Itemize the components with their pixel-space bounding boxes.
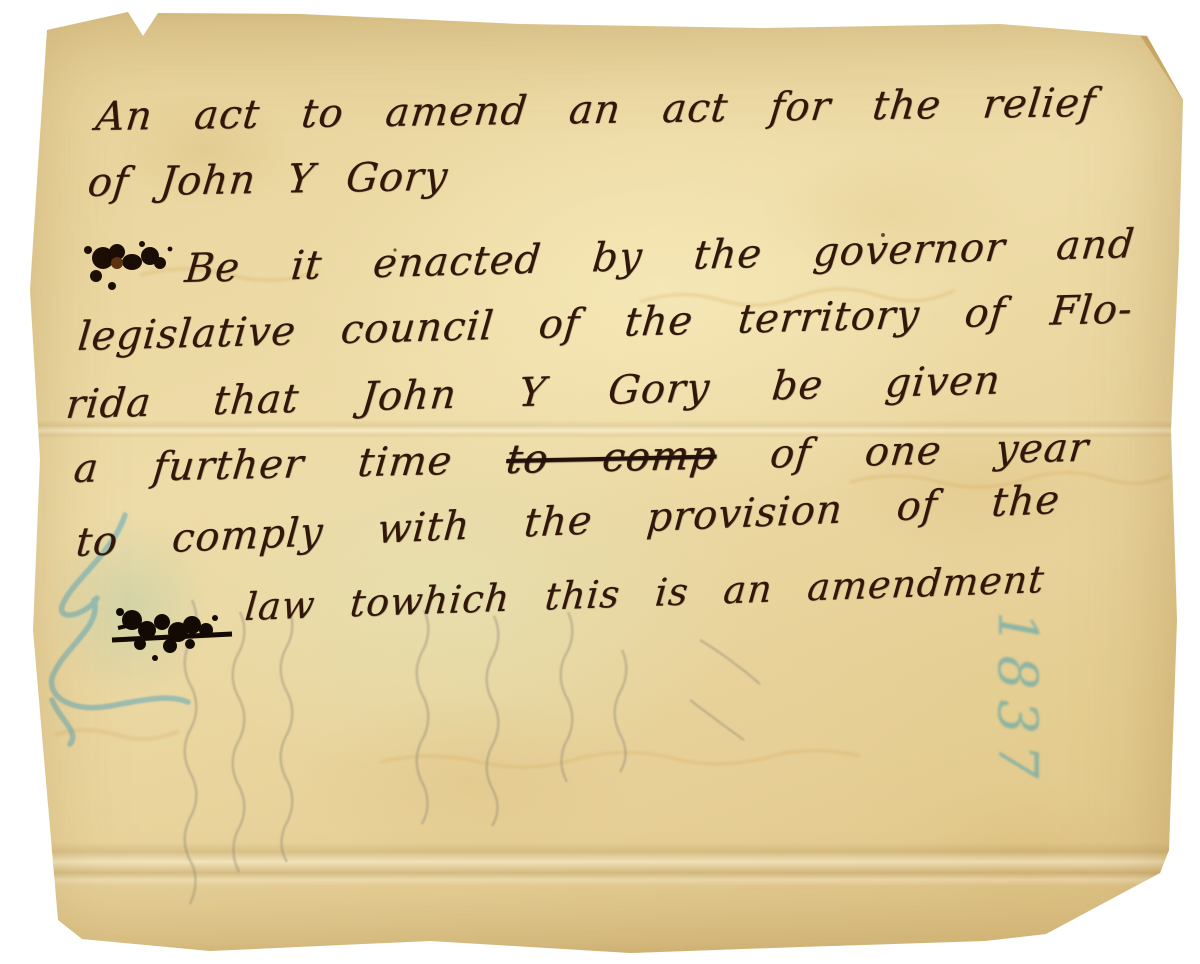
- bleedthrough-column-4: [417, 610, 429, 824]
- line-4-pre: a further time: [72, 438, 455, 492]
- ink-blot-2: [112, 608, 232, 661]
- struck-out-words: to comp: [504, 432, 719, 483]
- ink-blot-1: [84, 241, 172, 290]
- bleedthrough-tan-3: [380, 750, 860, 767]
- blue-pencil-number: 1837: [986, 592, 1049, 807]
- paper-sheet: An act to amend an act for the relief of…: [0, 0, 1200, 964]
- bleedthrough-diagonal: [690, 640, 760, 740]
- bleedthrough-column-6: [561, 612, 573, 782]
- line-4-post: of one year: [768, 425, 1091, 478]
- manuscript-line-title-2: of John Y Gory: [86, 154, 451, 206]
- document-scan: An act to amend an act for the relief of…: [0, 0, 1200, 964]
- bleedthrough-column-3: [281, 606, 293, 862]
- bleedthrough-column-2: [233, 612, 245, 872]
- bleedthrough-column-5: [487, 616, 499, 826]
